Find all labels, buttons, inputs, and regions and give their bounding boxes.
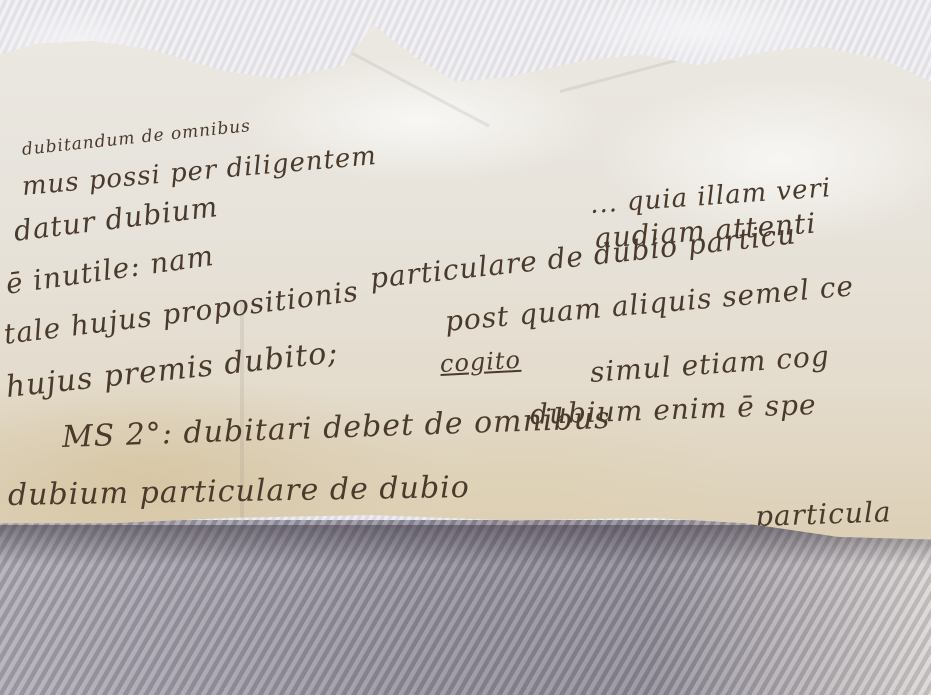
manuscript-line: MS 2°: dubitari debet de omnibus <box>61 401 611 455</box>
manuscript-line: simul etiam cog <box>589 339 831 389</box>
manuscript-line-underlined: cogito <box>439 346 521 378</box>
manuscript-line: particula <box>754 495 892 533</box>
manuscript-line: ē inutile: nam <box>4 239 216 301</box>
paper-crease <box>329 40 489 127</box>
photo-scene: dubitandum de omnibus mus possi per dili… <box>0 0 931 695</box>
paper-shadow <box>0 525 931 565</box>
paper-crease <box>560 54 696 93</box>
manuscript-line: dubium particulare de dubio <box>8 470 470 513</box>
manuscript-line: hujus premis dubito; <box>4 335 340 405</box>
manuscript-line: dubium enim ē spe <box>529 388 817 431</box>
manuscript-fragment: dubitandum de omnibus mus possi per dili… <box>0 0 931 545</box>
manuscript-line: dubitandum de omnibus <box>21 116 252 160</box>
